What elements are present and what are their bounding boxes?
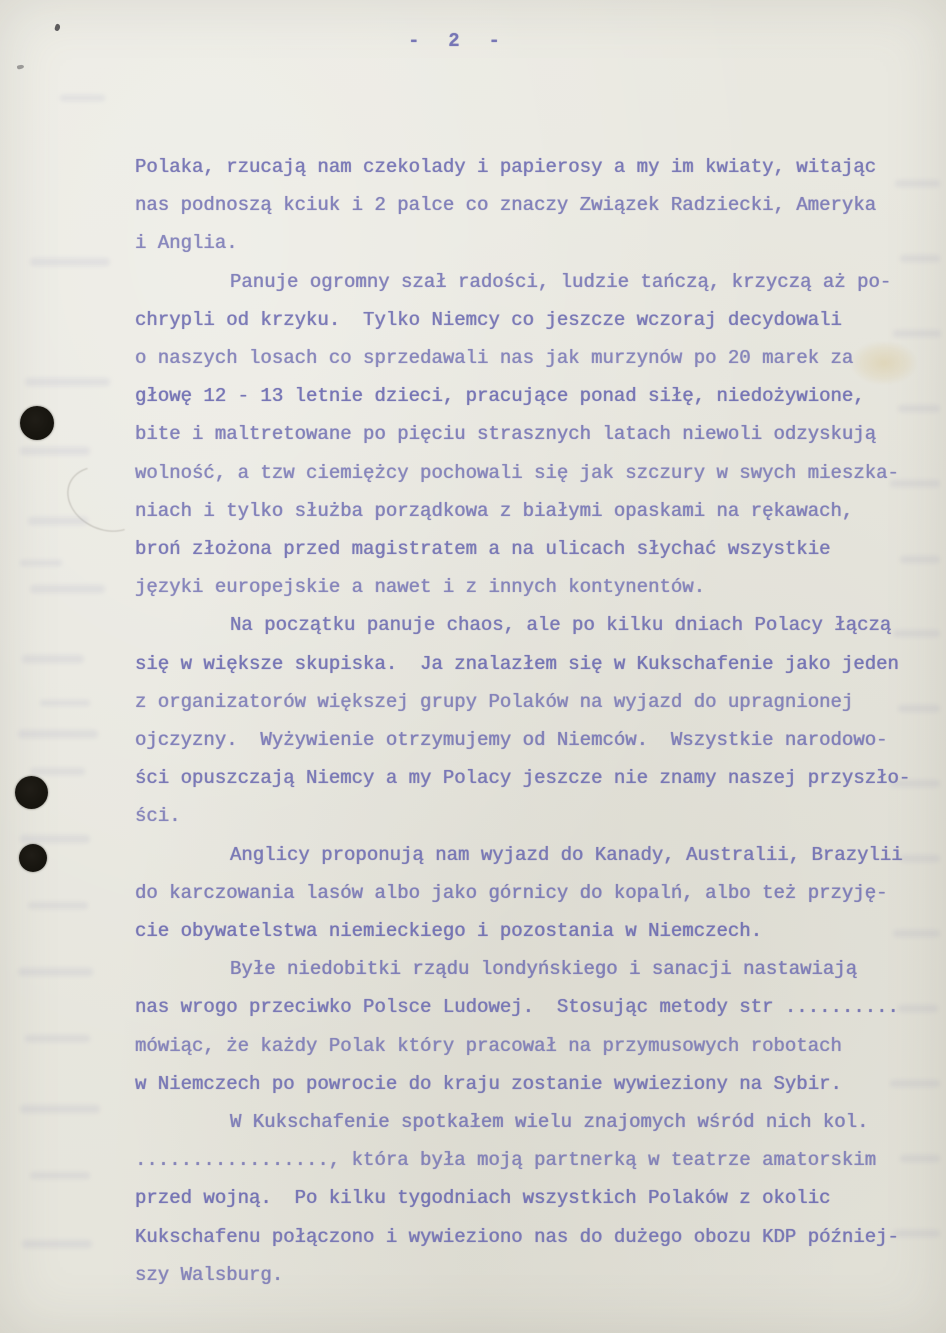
smudge (20, 835, 90, 843)
smudge (900, 855, 940, 862)
smudge (20, 1105, 100, 1113)
text-line: Polaka, rzucają nam czekolady i papieros… (135, 148, 925, 186)
hole-punch (20, 406, 54, 440)
smudge (898, 405, 940, 412)
smudge (895, 180, 940, 187)
smudge (25, 378, 110, 386)
smudge (18, 968, 93, 976)
smudge (40, 700, 90, 706)
text-line: mówiąc, że każdy Polak który pracował na… (135, 1027, 925, 1065)
text-line: ojczyzny. Wyżywienie otrzymujemy od Niem… (135, 721, 925, 759)
hole-punch (19, 844, 47, 872)
text-line: bite i maltretowane po pięciu strasznych… (135, 415, 925, 453)
text-line: szy Walsburg. (135, 1256, 925, 1294)
text-line: z organizatorów większej grupy Polaków n… (135, 683, 925, 721)
ink-speck (17, 64, 25, 69)
text-line: ści opuszczają Niemcy a my Polacy jeszcz… (135, 759, 925, 797)
text-line: ści. (135, 797, 925, 835)
smudge (890, 480, 940, 487)
text-line: Panuje ogromny szał radości, ludzie tańc… (135, 263, 925, 301)
paper-stain (852, 342, 916, 384)
text-line: Kukschafenu połączono i wywieziono nas d… (135, 1218, 925, 1256)
text-line: Anglicy proponują nam wyjazd do Kanady, … (135, 836, 925, 874)
page-number: - 2 - (0, 30, 928, 52)
smudge (890, 1080, 940, 1087)
text-line: chrypli od krzyku. Tylko Niemcy co jeszc… (135, 301, 925, 339)
smudge (893, 1230, 940, 1237)
smudge (60, 95, 105, 101)
smudge (30, 1172, 90, 1179)
typewritten-text: Polaka, rzucają nam czekolady i papieros… (135, 148, 925, 1294)
text-line: języki europejskie a nawet i z innych ko… (135, 568, 925, 606)
text-line: w Niemczech po powrocie do kraju zostani… (135, 1065, 925, 1103)
text-line: W Kukschafenie spotkałem wielu znajomych… (135, 1103, 925, 1141)
smudge (20, 560, 62, 566)
text-line: się w większe skupiska. Ja znalazłem się… (135, 645, 925, 683)
smudge (893, 630, 940, 637)
smudge (900, 1155, 940, 1162)
smudge (898, 1005, 938, 1012)
smudge (893, 330, 941, 337)
smudge (893, 930, 940, 937)
text-line: o naszych losach co sprzedawali nas jak … (135, 339, 925, 377)
smudge (898, 705, 940, 712)
text-line: przed wojną. Po kilku tygodniach wszystk… (135, 1179, 925, 1217)
smudge (900, 255, 940, 262)
text-line: ................., która była moją partn… (135, 1141, 925, 1179)
text-line: do karczowania lasów albo jako górnicy d… (135, 874, 925, 912)
text-line: Byłe niedobitki rządu londyńskiego i san… (135, 950, 925, 988)
smudge (18, 730, 98, 738)
text-line: niach i tylko służba porządkowa z białym… (135, 492, 925, 530)
text-line: broń złożona przed magistratem a na ulic… (135, 530, 925, 568)
text-line: cie obywatelstwa niemieckiego i pozostan… (135, 912, 925, 950)
text-line: i Anglia. (135, 224, 925, 262)
text-line: nas podnoszą kciuk i 2 palce co znaczy Z… (135, 186, 925, 224)
smudge (900, 556, 940, 563)
smudge (890, 780, 940, 787)
smudge (25, 1035, 90, 1042)
smudge (28, 902, 88, 909)
text-line: głowę 12 - 13 letnie dzieci, pracujące p… (135, 377, 925, 415)
smudge (28, 517, 88, 525)
text-line: wolność, a tzw ciemiężcy pochowali się j… (135, 454, 925, 492)
smudge (20, 447, 90, 455)
smudge (30, 585, 105, 593)
smudge (22, 1240, 92, 1248)
smudge (30, 258, 110, 266)
smudge (30, 768, 85, 775)
text-line: nas wrogo przeciwko Polsce Ludowej. Stos… (135, 988, 925, 1026)
text-line: Na początku panuje chaos, ale po kilku d… (135, 606, 925, 644)
smudge (22, 655, 84, 663)
hole-punch (15, 776, 48, 809)
scanned-page: - 2 - Polaka, rzucają nam czekolady i pa… (0, 0, 946, 1333)
